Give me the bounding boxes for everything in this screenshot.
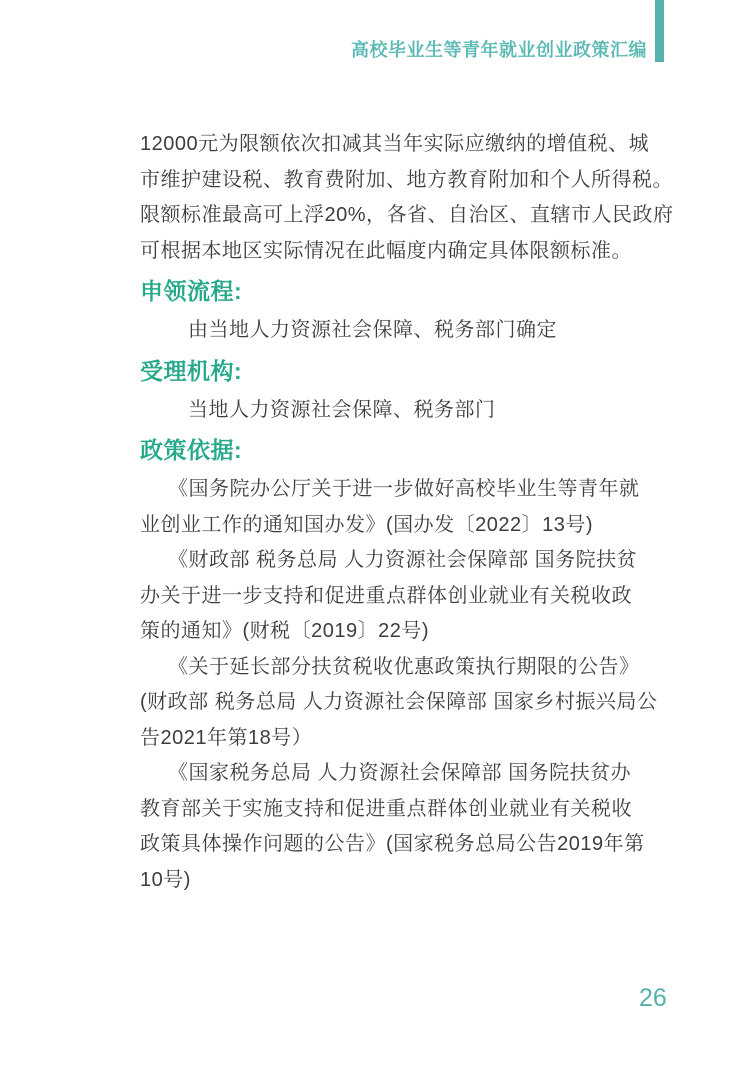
policy-citation-4: 《国家税务总局 人力资源社会保障部 国务院扶贫办 教育部关于实施支持和促进重点群…	[140, 756, 685, 898]
header-title: 高校毕业生等青年就业创业政策汇编	[351, 36, 647, 62]
policy-line: 策的通知》(财税〔2019〕22号)	[140, 614, 685, 650]
policy-line: 《国务院办公厅关于进一步做好高校毕业生等青年就	[140, 472, 685, 508]
policy-line: 《财政部 税务总局 人力资源社会保障部 国务院扶贫	[140, 543, 685, 579]
policy-line: (财政部 税务总局 人力资源社会保障部 国家乡村振兴局公	[140, 685, 685, 721]
policy-line: 告2021年第18号）	[140, 721, 685, 757]
header-accent-bar	[655, 0, 664, 62]
policy-line: 《关于延长部分扶贫税收优惠政策执行期限的公告》	[140, 650, 685, 686]
intro-paragraph-line: 限额标准最高可上浮20%，各省、自治区、直辖市人民政府	[140, 198, 685, 234]
apply-process-text: 由当地人力资源社会保障、税务部门确定	[140, 313, 685, 349]
document-page: 高校毕业生等青年就业创业政策汇编 12000元为限额依次扣减其当年实际应缴纳的增…	[0, 0, 750, 1065]
section-heading-apply-process: 申领流程:	[140, 274, 685, 309]
policy-line: 办关于进一步支持和促进重点群体创业就业有关税收政	[140, 579, 685, 615]
policy-citation-2: 《财政部 税务总局 人力资源社会保障部 国务院扶贫 办关于进一步支持和促进重点群…	[140, 543, 685, 650]
policy-line: 《国家税务总局 人力资源社会保障部 国务院扶贫办	[140, 756, 685, 792]
policy-line: 政策具体操作问题的公告》(国家税务总局公告2019年第	[140, 827, 685, 863]
policy-line: 教育部关于实施支持和促进重点群体创业就业有关税收	[140, 792, 685, 828]
policy-citation-1: 《国务院办公厅关于进一步做好高校毕业生等青年就 业创业工作的通知国办发》(国办发…	[140, 472, 685, 543]
policy-line: 业创业工作的通知国办发》(国办发〔2022〕13号)	[140, 508, 685, 544]
document-body: 12000元为限额依次扣减其当年实际应缴纳的增值税、城 市维护建设税、教育费附加…	[140, 127, 685, 898]
intro-paragraph-line: 市维护建设税、教育费附加、地方教育附加和个人所得税。	[140, 163, 685, 199]
intro-paragraph-line: 可根据本地区实际情况在此幅度内确定具体限额标准。	[140, 234, 685, 270]
intro-paragraph-line: 12000元为限额依次扣减其当年实际应缴纳的增值税、城	[140, 127, 685, 163]
policy-line: 10号)	[140, 863, 685, 899]
accepting-agency-text: 当地人力资源社会保障、税务部门	[140, 393, 685, 429]
page-number: 26	[639, 984, 667, 1013]
section-heading-policy-basis: 政策依据:	[140, 433, 685, 468]
section-heading-accepting-agency: 受理机构:	[140, 354, 685, 389]
policy-citation-3: 《关于延长部分扶贫税收优惠政策执行期限的公告》 (财政部 税务总局 人力资源社会…	[140, 650, 685, 757]
